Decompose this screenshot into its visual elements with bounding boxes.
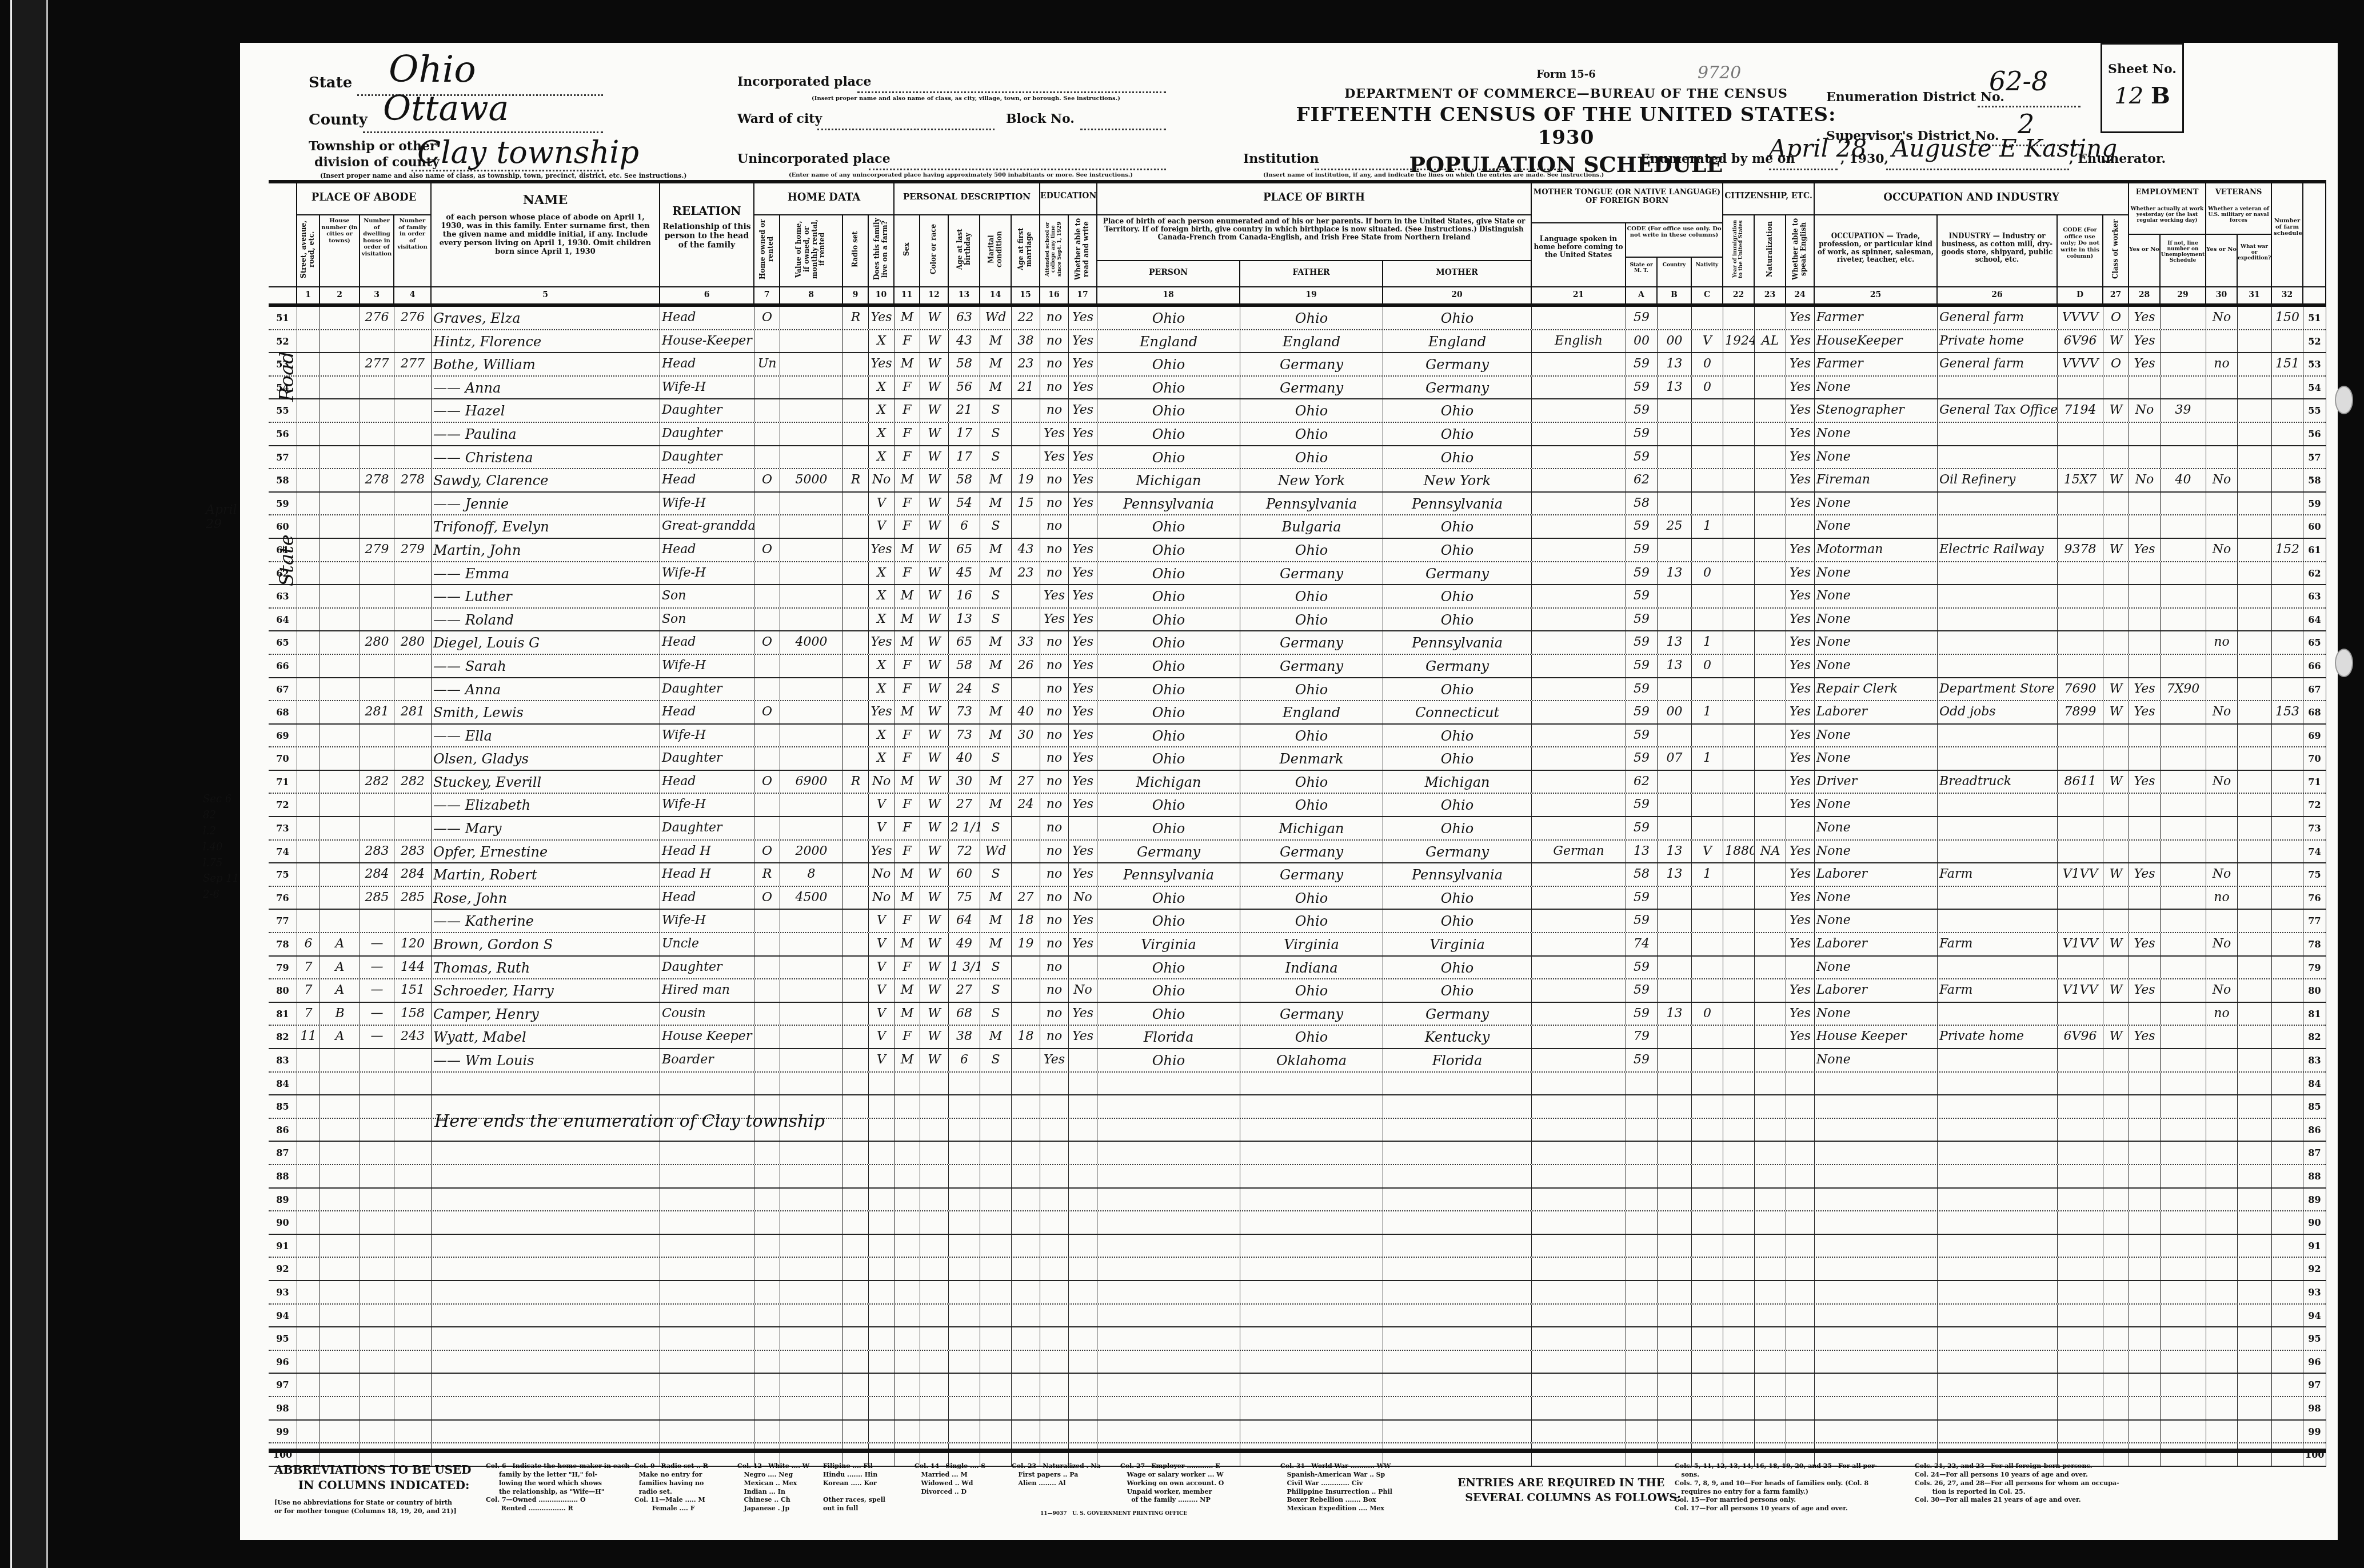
cell-house[interactable]: A — [320, 957, 360, 979]
cell-dwelling[interactable]: 280 — [360, 631, 394, 654]
cell-codeB[interactable] — [1658, 771, 1692, 793]
cell-sex[interactable]: F — [895, 446, 920, 469]
cell-marital[interactable] — [980, 1327, 1012, 1350]
cell-pob-person[interactable]: Ohio — [1097, 1003, 1240, 1025]
cell-unemp[interactable] — [2161, 307, 2206, 329]
cell-war[interactable] — [2238, 1073, 2272, 1095]
cell-pob-person[interactable]: Ohio — [1097, 609, 1240, 631]
cell-codeC[interactable] — [1692, 979, 1723, 1002]
cell-race[interactable] — [920, 1119, 949, 1141]
cell-farm[interactable]: X — [869, 678, 895, 701]
cell-sex[interactable]: M — [895, 771, 920, 793]
cell-owned[interactable] — [754, 933, 780, 955]
cell-radio[interactable] — [843, 399, 869, 422]
cell-industry[interactable] — [1938, 1258, 2058, 1280]
cell-relation[interactable]: Head — [660, 539, 754, 561]
cell-school[interactable]: no — [1040, 1003, 1069, 1025]
cell-codeD[interactable]: VVVV — [2058, 307, 2103, 329]
cell-value[interactable] — [780, 1258, 843, 1280]
table-row[interactable]: 58278278Sawdy, ClarenceHeadO5000RNoMW58M… — [269, 469, 2326, 493]
cell-owned[interactable] — [754, 1211, 780, 1234]
cell-house[interactable] — [320, 1211, 360, 1234]
cell-immig[interactable] — [1723, 1073, 1755, 1095]
cell-language[interactable] — [1532, 1165, 1626, 1187]
cell-industry[interactable] — [1938, 887, 2058, 909]
cell-race[interactable]: W — [920, 423, 949, 445]
cell-codeC[interactable] — [1692, 399, 1723, 422]
cell-family[interactable]: 243 — [394, 1026, 432, 1048]
cell-codeB[interactable] — [1658, 1119, 1692, 1141]
cell-pob-mother[interactable]: Ohio — [1383, 609, 1532, 631]
cell-codeB[interactable] — [1658, 1327, 1692, 1350]
cell-school[interactable] — [1040, 1142, 1069, 1164]
cell-dwelling[interactable] — [360, 1189, 394, 1211]
cell-dwelling[interactable] — [360, 1258, 394, 1280]
cell-codeA[interactable]: 59 — [1626, 678, 1658, 701]
cell-family[interactable] — [394, 747, 432, 770]
cell-race[interactable]: W — [920, 655, 949, 677]
cell-language[interactable] — [1532, 493, 1626, 515]
cell-farm[interactable]: X — [869, 747, 895, 770]
cell-war[interactable] — [2238, 1258, 2272, 1280]
cell-owned[interactable] — [754, 747, 780, 770]
cell-occupation[interactable]: None — [1815, 377, 1938, 399]
cell-name[interactable] — [432, 1211, 660, 1234]
cell-war[interactable] — [2238, 1189, 2272, 1211]
cell-name[interactable]: —— Mary — [432, 817, 660, 839]
cell-age[interactable] — [949, 1165, 980, 1187]
table-row[interactable]: 9797 — [269, 1374, 2326, 1397]
cell-veteran[interactable] — [2206, 1165, 2238, 1187]
cell-english[interactable]: Yes — [1786, 399, 1815, 422]
cell-age-marriage[interactable] — [1012, 1397, 1040, 1419]
cell-natur[interactable] — [1755, 585, 1786, 607]
cell-radio[interactable] — [843, 863, 869, 886]
cell-farm-sched[interactable] — [2272, 771, 2303, 793]
cell-pob-father[interactable] — [1240, 1211, 1383, 1234]
cell-school[interactable]: no — [1040, 678, 1069, 701]
cell-value[interactable] — [780, 1211, 843, 1234]
cell-immig[interactable] — [1723, 1397, 1755, 1419]
cell-marital[interactable]: M — [980, 539, 1012, 561]
cell-occupation[interactable]: None — [1815, 423, 1938, 445]
cell-english[interactable]: Yes — [1786, 493, 1815, 515]
cell-house[interactable] — [320, 631, 360, 654]
cell-owned[interactable] — [754, 655, 780, 677]
cell-farm-sched[interactable] — [2272, 1142, 2303, 1164]
cell-unemp[interactable]: 7X90 — [2161, 678, 2206, 701]
table-row[interactable]: 8484 — [269, 1073, 2326, 1096]
cell-pob-father[interactable]: Ohio — [1240, 910, 1383, 932]
cell-codeC[interactable] — [1692, 1235, 1723, 1257]
cell-read[interactable] — [1069, 1165, 1097, 1187]
cell-pob-mother[interactable]: Ohio — [1383, 725, 1532, 747]
cell-pob-mother[interactable] — [1383, 1095, 1532, 1118]
cell-unemp[interactable] — [2161, 1351, 2206, 1373]
cell-pob-person[interactable]: Ohio — [1097, 377, 1240, 399]
cell-industry[interactable]: General Tax Office — [1938, 399, 2058, 422]
cell-industry[interactable] — [1938, 493, 2058, 515]
cell-language[interactable] — [1532, 1189, 1626, 1211]
cell-industry[interactable]: Odd jobs — [1938, 701, 2058, 723]
cell-radio[interactable] — [843, 446, 869, 469]
cell-codeA[interactable] — [1626, 1327, 1658, 1350]
cell-at-work[interactable]: Yes — [2129, 330, 2161, 353]
cell-school[interactable]: no — [1040, 957, 1069, 979]
cell-pob-mother[interactable]: Germany — [1383, 841, 1532, 863]
cell-unemp[interactable] — [2161, 1189, 2206, 1211]
cell-occupation[interactable]: None — [1815, 747, 1938, 770]
cell-codeB[interactable]: 13 — [1658, 353, 1692, 375]
cell-race[interactable] — [920, 1211, 949, 1234]
cell-owned[interactable] — [754, 817, 780, 839]
cell-codeD[interactable] — [2058, 1351, 2103, 1373]
cell-occupation[interactable]: None — [1815, 725, 1938, 747]
cell-codeC[interactable] — [1692, 1142, 1723, 1164]
cell-name[interactable]: Thomas, Ruth — [432, 957, 660, 979]
cell-dwelling[interactable] — [360, 493, 394, 515]
cell-veteran[interactable]: No — [2206, 307, 2238, 329]
cell-school[interactable]: Yes — [1040, 446, 1069, 469]
cell-farm[interactable]: V — [869, 979, 895, 1002]
cell-occupation[interactable] — [1815, 1258, 1938, 1280]
cell-class[interactable] — [2103, 1119, 2129, 1141]
cell-pob-father[interactable]: Germany — [1240, 1003, 1383, 1025]
cell-codeA[interactable]: 59 — [1626, 957, 1658, 979]
cell-language[interactable] — [1532, 585, 1626, 607]
cell-class[interactable] — [2103, 1305, 2129, 1327]
cell-sex[interactable]: F — [895, 399, 920, 422]
cell-pob-person[interactable]: Ohio — [1097, 910, 1240, 932]
cell-race[interactable]: W — [920, 1003, 949, 1025]
cell-codeD[interactable] — [2058, 446, 2103, 469]
cell-age[interactable]: 17 — [949, 446, 980, 469]
cell-codeB[interactable] — [1658, 1305, 1692, 1327]
cell-codeC[interactable] — [1692, 1095, 1723, 1118]
cell-relation[interactable]: Daughter — [660, 678, 754, 701]
cell-unemp[interactable] — [2161, 979, 2206, 1002]
cell-unemp[interactable] — [2161, 863, 2206, 886]
cell-race[interactable]: W — [920, 841, 949, 863]
cell-read[interactable]: No — [1069, 979, 1097, 1002]
cell-class[interactable] — [2103, 377, 2129, 399]
cell-age-marriage[interactable]: 23 — [1012, 353, 1040, 375]
cell-war[interactable] — [2238, 562, 2272, 585]
cell-natur[interactable] — [1755, 1003, 1786, 1025]
cell-pob-person[interactable] — [1097, 1189, 1240, 1211]
cell-codeC[interactable]: 0 — [1692, 353, 1723, 375]
table-row[interactable]: 786A—120Brown, Gordon SUncleVMW49M19noYe… — [269, 933, 2326, 957]
cell-war[interactable] — [2238, 1235, 2272, 1257]
cell-value[interactable] — [780, 1026, 843, 1048]
cell-dwelling[interactable] — [360, 1049, 394, 1071]
cell-school[interactable] — [1040, 1189, 1069, 1211]
cell-codeD[interactable]: 9378 — [2058, 539, 2103, 561]
cell-radio[interactable] — [843, 1095, 869, 1118]
cell-radio[interactable] — [843, 1026, 869, 1048]
cell-read[interactable]: Yes — [1069, 353, 1097, 375]
cell-radio[interactable] — [843, 1397, 869, 1419]
cell-name[interactable]: Graves, Elza — [432, 307, 660, 329]
cell-pob-person[interactable]: England — [1097, 330, 1240, 353]
cell-race[interactable]: W — [920, 933, 949, 955]
cell-industry[interactable]: Oil Refinery — [1938, 469, 2058, 491]
cell-race[interactable] — [920, 1281, 949, 1303]
cell-codeB[interactable] — [1658, 399, 1692, 422]
cell-codeD[interactable] — [2058, 1142, 2103, 1164]
cell-language[interactable] — [1532, 887, 1626, 909]
cell-industry[interactable] — [1938, 841, 2058, 863]
cell-codeC[interactable] — [1692, 1327, 1723, 1350]
cell-veteran[interactable] — [2206, 1374, 2238, 1396]
cell-read[interactable]: Yes — [1069, 794, 1097, 816]
table-row[interactable]: 70Olsen, GladysDaughterXFW40SnoYesOhioDe… — [269, 747, 2326, 771]
cell-class[interactable] — [2103, 515, 2129, 538]
cell-school[interactable] — [1040, 1327, 1069, 1350]
cell-marital[interactable]: M — [980, 887, 1012, 909]
cell-pob-father[interactable] — [1240, 1073, 1383, 1095]
cell-pob-father[interactable]: Germany — [1240, 655, 1383, 677]
cell-industry[interactable] — [1938, 794, 2058, 816]
cell-class[interactable]: W — [2103, 330, 2129, 353]
cell-war[interactable] — [2238, 817, 2272, 839]
cell-codeC[interactable] — [1692, 1165, 1723, 1187]
cell-dwelling[interactable] — [360, 725, 394, 747]
cell-veteran[interactable] — [2206, 910, 2238, 932]
cell-unemp[interactable] — [2161, 562, 2206, 585]
cell-natur[interactable] — [1755, 1073, 1786, 1095]
cell-english[interactable]: Yes — [1786, 910, 1815, 932]
cell-read[interactable] — [1069, 1189, 1097, 1211]
cell-farm[interactable]: V — [869, 957, 895, 979]
cell-codeB[interactable] — [1658, 1421, 1692, 1443]
cell-farm[interactable]: X — [869, 655, 895, 677]
cell-pob-father[interactable]: New York — [1240, 469, 1383, 491]
cell-veteran[interactable] — [2206, 330, 2238, 353]
cell-relation[interactable] — [660, 1305, 754, 1327]
cell-owned[interactable] — [754, 979, 780, 1002]
cell-dwelling[interactable] — [360, 609, 394, 631]
cell-dwelling[interactable] — [360, 817, 394, 839]
cell-war[interactable] — [2238, 1095, 2272, 1118]
cell-farm[interactable]: X — [869, 446, 895, 469]
cell-pob-mother[interactable] — [1383, 1327, 1532, 1350]
cell-street[interactable] — [297, 1327, 320, 1350]
cell-dwelling[interactable]: 281 — [360, 701, 394, 723]
cell-class[interactable]: O — [2103, 353, 2129, 375]
cell-value[interactable] — [780, 1235, 843, 1257]
cell-radio[interactable] — [843, 887, 869, 909]
cell-pob-person[interactable]: Pennsylvania — [1097, 493, 1240, 515]
cell-name[interactable]: Trifonoff, Evelyn — [432, 515, 660, 538]
cell-farm[interactable] — [869, 1095, 895, 1118]
cell-house[interactable] — [320, 515, 360, 538]
cell-war[interactable] — [2238, 771, 2272, 793]
cell-marital[interactable]: M — [980, 1026, 1012, 1048]
cell-english[interactable]: Yes — [1786, 841, 1815, 863]
table-row[interactable]: 9595 — [269, 1327, 2326, 1351]
cell-school[interactable]: no — [1040, 910, 1069, 932]
cell-pob-mother[interactable] — [1383, 1235, 1532, 1257]
cell-family[interactable] — [394, 1211, 432, 1234]
cell-race[interactable] — [920, 1327, 949, 1350]
cell-pob-person[interactable]: Germany — [1097, 841, 1240, 863]
cell-family[interactable]: 283 — [394, 841, 432, 863]
cell-owned[interactable] — [754, 562, 780, 585]
cell-radio[interactable] — [843, 539, 869, 561]
cell-school[interactable] — [1040, 1119, 1069, 1141]
cell-marital[interactable]: S — [980, 1003, 1012, 1025]
cell-english[interactable] — [1786, 1235, 1815, 1257]
cell-house[interactable] — [320, 1421, 360, 1443]
cell-codeA[interactable]: 74 — [1626, 933, 1658, 955]
cell-owned[interactable] — [754, 1281, 780, 1303]
cell-sex[interactable] — [895, 1165, 920, 1187]
cell-house[interactable] — [320, 585, 360, 607]
cell-pob-person[interactable] — [1097, 1421, 1240, 1443]
cell-house[interactable] — [320, 817, 360, 839]
cell-age-marriage[interactable]: 33 — [1012, 631, 1040, 654]
cell-codeD[interactable]: V1VV — [2058, 863, 2103, 886]
cell-name[interactable]: Stuckey, Everill — [432, 771, 660, 793]
cell-codeD[interactable] — [2058, 910, 2103, 932]
cell-codeA[interactable]: 59 — [1626, 817, 1658, 839]
cell-age-marriage[interactable] — [1012, 1142, 1040, 1164]
cell-war[interactable] — [2238, 1026, 2272, 1048]
cell-relation[interactable]: Wife-H — [660, 655, 754, 677]
cell-codeD[interactable] — [2058, 794, 2103, 816]
cell-codeC[interactable] — [1692, 887, 1723, 909]
cell-pob-father[interactable]: Pennsylvania — [1240, 493, 1383, 515]
cell-farm[interactable]: Yes — [869, 841, 895, 863]
cell-codeC[interactable] — [1692, 1305, 1723, 1327]
cell-marital[interactable]: S — [980, 863, 1012, 886]
cell-owned[interactable] — [754, 1351, 780, 1373]
cell-marital[interactable] — [980, 1397, 1012, 1419]
cell-codeD[interactable] — [2058, 887, 2103, 909]
cell-age[interactable] — [949, 1305, 980, 1327]
cell-marital[interactable]: Wd — [980, 307, 1012, 329]
cell-codeD[interactable]: 7690 — [2058, 678, 2103, 701]
cell-marital[interactable]: M — [980, 655, 1012, 677]
cell-read[interactable] — [1069, 1258, 1097, 1280]
cell-street[interactable] — [297, 1235, 320, 1257]
table-row[interactable]: 54—— AnnaWife-HXFW56M21noYesOhioGermanyG… — [269, 377, 2326, 400]
cell-codeC[interactable]: 0 — [1692, 377, 1723, 399]
cell-marital[interactable] — [980, 1258, 1012, 1280]
cell-radio[interactable] — [843, 1351, 869, 1373]
cell-english[interactable]: Yes — [1786, 678, 1815, 701]
cell-codeD[interactable] — [2058, 725, 2103, 747]
cell-radio[interactable] — [843, 1189, 869, 1211]
cell-codeA[interactable]: 62 — [1626, 771, 1658, 793]
cell-codeD[interactable] — [2058, 1327, 2103, 1350]
cell-school[interactable]: no — [1040, 377, 1069, 399]
cell-war[interactable] — [2238, 330, 2272, 353]
cell-family[interactable]: 158 — [394, 1003, 432, 1025]
cell-pob-father[interactable]: Ohio — [1240, 678, 1383, 701]
cell-codeB[interactable] — [1658, 979, 1692, 1002]
cell-industry[interactable] — [1938, 1351, 2058, 1373]
cell-unemp[interactable] — [2161, 794, 2206, 816]
cell-farm-sched[interactable] — [2272, 1305, 2303, 1327]
cell-race[interactable] — [920, 1397, 949, 1419]
cell-marital[interactable]: Wd — [980, 841, 1012, 863]
cell-dwelling[interactable] — [360, 1327, 394, 1350]
cell-age[interactable]: 60 — [949, 863, 980, 886]
cell-pob-person[interactable] — [1097, 1165, 1240, 1187]
cell-owned[interactable] — [754, 1142, 780, 1164]
cell-owned[interactable] — [754, 910, 780, 932]
cell-marital[interactable]: M — [980, 330, 1012, 353]
cell-sex[interactable]: F — [895, 910, 920, 932]
cell-house[interactable] — [320, 1258, 360, 1280]
cell-class[interactable] — [2103, 585, 2129, 607]
cell-sex[interactable]: M — [895, 933, 920, 955]
cell-pob-mother[interactable] — [1383, 1351, 1532, 1373]
cell-family[interactable] — [394, 1327, 432, 1350]
cell-marital[interactable]: M — [980, 794, 1012, 816]
cell-farm[interactable]: V — [869, 1003, 895, 1025]
cell-family[interactable] — [394, 678, 432, 701]
cell-farm-sched[interactable] — [2272, 1351, 2303, 1373]
cell-age[interactable]: 2 1/12 — [949, 817, 980, 839]
cell-pob-person[interactable]: Ohio — [1097, 655, 1240, 677]
cell-industry[interactable] — [1938, 725, 2058, 747]
cell-family[interactable] — [394, 446, 432, 469]
cell-read[interactable] — [1069, 515, 1097, 538]
cell-natur[interactable] — [1755, 399, 1786, 422]
cell-codeA[interactable]: 59 — [1626, 725, 1658, 747]
cell-family[interactable]: 284 — [394, 863, 432, 886]
cell-pob-mother[interactable]: Michigan — [1383, 771, 1532, 793]
cell-immig[interactable] — [1723, 794, 1755, 816]
cell-farm[interactable] — [869, 1189, 895, 1211]
cell-occupation[interactable] — [1815, 1165, 1938, 1187]
cell-natur[interactable] — [1755, 307, 1786, 329]
cell-occupation[interactable] — [1815, 1189, 1938, 1211]
cell-street[interactable] — [297, 377, 320, 399]
cell-street[interactable] — [297, 841, 320, 863]
cell-house[interactable] — [320, 887, 360, 909]
cell-house[interactable] — [320, 1073, 360, 1095]
cell-codeC[interactable]: 1 — [1692, 863, 1723, 886]
cell-value[interactable] — [780, 979, 843, 1002]
cell-read[interactable]: Yes — [1069, 631, 1097, 654]
cell-name[interactable] — [432, 1165, 660, 1187]
cell-sex[interactable]: M — [895, 539, 920, 561]
cell-pob-father[interactable]: Germany — [1240, 841, 1383, 863]
cell-value[interactable] — [780, 1073, 843, 1095]
cell-language[interactable]: German — [1532, 841, 1626, 863]
cell-read[interactable] — [1069, 1374, 1097, 1396]
cell-age[interactable]: 65 — [949, 539, 980, 561]
cell-codeA[interactable] — [1626, 1397, 1658, 1419]
cell-immig[interactable] — [1723, 655, 1755, 677]
cell-farm-sched[interactable] — [2272, 1211, 2303, 1234]
cell-language[interactable]: English — [1532, 330, 1626, 353]
cell-class[interactable] — [2103, 1374, 2129, 1396]
cell-pob-father[interactable] — [1240, 1397, 1383, 1419]
cell-war[interactable] — [2238, 539, 2272, 561]
cell-name[interactable]: Smith, Lewis — [432, 701, 660, 723]
cell-radio[interactable]: R — [843, 307, 869, 329]
cell-veteran[interactable] — [2206, 493, 2238, 515]
cell-dwelling[interactable] — [360, 446, 394, 469]
cell-marital[interactable]: M — [980, 910, 1012, 932]
cell-natur[interactable] — [1755, 562, 1786, 585]
table-row[interactable]: 68281281Smith, LewisHeadOYesMW73M40noYes… — [269, 701, 2326, 725]
